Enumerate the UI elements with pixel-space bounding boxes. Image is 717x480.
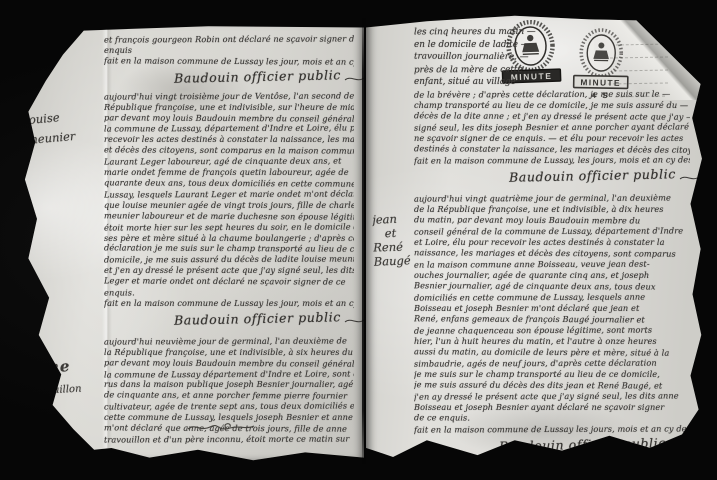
officer-signature: Baudouin officier public bbox=[509, 166, 676, 184]
manuscript-line: simbaudrie, agés de neuf jours, d'après … bbox=[414, 357, 690, 369]
manuscript-line: jean bbox=[372, 211, 409, 226]
manuscript-line: travouillon et d'un père inconnu, étoit … bbox=[104, 433, 354, 445]
manuscript-line: la commune de Lussay département d'Indre… bbox=[104, 368, 354, 380]
manuscript-line: signé seul, les dits joseph Besnier et a… bbox=[414, 121, 690, 133]
manuscript-line: je me suis assuré du décès des dits jean… bbox=[414, 379, 690, 391]
officer-signature: Baudouin officier public bbox=[174, 309, 341, 327]
manuscript-line: en le domicile de ladite — bbox=[414, 39, 574, 52]
manuscript-line: enquis. bbox=[104, 286, 354, 298]
manuscript-line: je me suis sur le champ transporté au li… bbox=[414, 369, 690, 380]
paraph-flourish bbox=[186, 420, 256, 434]
manuscript-line: aujourd'hui neuvième jour de germinal, l… bbox=[104, 335, 354, 347]
left-page-text-column: et françois gourgeon Robin ont déclaré n… bbox=[104, 34, 354, 445]
manuscript-line: j'en ay dressé le présent acte que j'ay … bbox=[414, 390, 690, 402]
scanned-register-spread: louisemeunier annetravouillon et françoi… bbox=[0, 0, 717, 480]
manuscript-line: René bbox=[373, 239, 410, 254]
margin-note-jean-rene-bauge: jeanetRenéBaugé bbox=[372, 211, 411, 268]
manuscript-line: ouches journalier, agée de quarante cinq… bbox=[414, 270, 690, 281]
manuscript-line: décès de la dite anne ; et j'en ay dress… bbox=[414, 110, 690, 122]
manuscript-line: travouillon bbox=[26, 378, 82, 404]
manuscript-line: conseil général de la commune de Lussay,… bbox=[414, 225, 690, 237]
folio-flourish bbox=[676, 20, 697, 36]
manuscript-line: fait en la maison commune de Lussay les … bbox=[414, 423, 690, 435]
manuscript-line: et j'en ay dressé le présent acte que j'… bbox=[104, 265, 354, 276]
manuscript-line: enquis bbox=[104, 45, 354, 56]
manuscript-line: champ transporté au lieu de ce domicile,… bbox=[414, 100, 690, 111]
signature-row: Baudouin officier public bbox=[414, 166, 690, 185]
manuscript-line: Besnier journalier, agé de cinquante deu… bbox=[414, 280, 690, 292]
right-page-text-column: les cinq heures du matin —en le domicile… bbox=[414, 26, 690, 454]
entry-louise-meunier-lines: aujourd'hui vingt troisième jour de Vent… bbox=[104, 91, 354, 309]
manuscript-line: fait en la maison commune de Lussay, les… bbox=[414, 154, 690, 166]
left-page: louisemeunier annetravouillon et françoi… bbox=[18, 24, 364, 462]
manuscript-line: Laurant Leger laboureur, agé de cinquant… bbox=[104, 156, 354, 168]
signature-flourish bbox=[679, 173, 717, 183]
page-gutter bbox=[362, 18, 366, 464]
signature-row: Baudouin officier public bbox=[104, 67, 354, 86]
manuscript-line: aujourd'hui vingt quatrième jour de germ… bbox=[414, 192, 690, 204]
manuscript-line: René, enfans gemeaux de françois Baugé j… bbox=[414, 313, 690, 325]
manuscript-line: du matin, par devant moy louis Baudouin … bbox=[414, 214, 690, 226]
manuscript-line: étoit morte hier sur les sept heures du … bbox=[104, 221, 354, 233]
manuscript-line: que louise meunier agée de vingt trois j… bbox=[104, 200, 354, 211]
entry-jean-rene-bauge-lines: aujourd'hui vingt quatrième jour de germ… bbox=[414, 193, 690, 435]
manuscript-line: les cinq heures du matin — bbox=[414, 26, 574, 39]
officer-signature: Baudouin officier public bbox=[499, 435, 666, 453]
manuscript-line: destinés à constater la naissance, les m… bbox=[414, 143, 690, 155]
entry-anne-continued-narrow-lines: les cinq heures du matin —en le domicile… bbox=[414, 26, 574, 89]
manuscript-line: domicile, je me suis assuré du décès de … bbox=[104, 254, 354, 266]
manuscript-line: près de la mère de cette bbox=[414, 63, 574, 76]
manuscript-line: fait en la maison commune de Lussay les … bbox=[104, 298, 354, 309]
manuscript-line: travouillon journalière, — bbox=[414, 51, 574, 64]
folio-number-text: trois bbox=[649, 23, 674, 37]
manuscript-line: Boisseau et joseph Besnier ayant déclaré… bbox=[414, 402, 690, 413]
manuscript-line: Boisseau et joseph Besnier m'ont déclaré… bbox=[414, 303, 690, 314]
folio-number-note: trois bbox=[649, 20, 697, 39]
manuscript-line: et françois gourgeon Robin ont déclaré n… bbox=[104, 33, 354, 45]
manuscript-line: cultivateur, agée de trente sept ans, to… bbox=[104, 401, 354, 413]
manuscript-line: aujourd'hui vingt troisième jour de Vent… bbox=[104, 90, 354, 102]
manuscript-line: et bbox=[373, 225, 410, 240]
officer-signature: Baudouin officier public bbox=[174, 67, 341, 85]
margin-note-anne-travouillon: annetravouillon bbox=[25, 355, 82, 404]
signature-row: Baudouin officier public bbox=[104, 309, 354, 328]
manuscript-line: Baugé bbox=[373, 253, 410, 268]
manuscript-line: meunier laboureur et de marie duchesne s… bbox=[104, 210, 354, 222]
right-page: trois MINUTE bbox=[366, 14, 704, 466]
manuscript-line: la République françoise, une et indivisi… bbox=[104, 347, 354, 358]
previous-entry-closing-lines: et françois gourgeon Robin ont déclaré n… bbox=[104, 34, 354, 67]
manuscript-line: de la brévère ; d'après cette déclaratio… bbox=[414, 88, 690, 100]
entry-anne-continued-lines: de la brévère ; d'après cette déclaratio… bbox=[414, 89, 690, 166]
manuscript-line: Lussay, lesquels Laurant Leger et marie … bbox=[104, 188, 354, 200]
manuscript-line: de la République françoise, une et indiv… bbox=[414, 204, 690, 215]
manuscript-line: en la maison commune anne Boisseau, veuv… bbox=[414, 258, 690, 270]
manuscript-line: de jeanne chaquenceau son épouse légitim… bbox=[414, 324, 690, 336]
manuscript-line: domiciliés en cette commune de Lussay, l… bbox=[414, 291, 690, 303]
manuscript-line: fait en la maison commune de Lussay les … bbox=[104, 55, 354, 67]
manuscript-line: hier, l'un à huit heures du matin, et l'… bbox=[414, 336, 690, 347]
margin-note-louise-meunier: louisemeunier bbox=[24, 106, 76, 150]
manuscript-line: aussi du matin, au domicile de leurs pèr… bbox=[414, 346, 690, 358]
manuscript-line: République françoise, une et indivisible… bbox=[104, 102, 354, 113]
manuscript-line: enfant, situé au village bbox=[414, 76, 574, 89]
manuscript-line: naissance, les mariages et décès des cit… bbox=[414, 247, 690, 259]
manuscript-line: marie ondet femme de françois quetin lab… bbox=[104, 167, 354, 178]
manuscript-line: la commune de Lussay, département d'Indr… bbox=[104, 123, 354, 135]
signature-row: Baudouin officier public bbox=[414, 435, 690, 454]
manuscript-line: et Loire, élu pour recevoir les actes de… bbox=[414, 237, 690, 248]
manuscript-line: anne bbox=[25, 354, 81, 380]
signature-flourish bbox=[669, 442, 713, 452]
manuscript-line: de ce enquis. bbox=[414, 412, 690, 424]
manuscript-line: par devant moy louis Baudouin membre du … bbox=[104, 357, 354, 369]
manuscript-line: ne sçavoir signer de ce enquis. — et élu… bbox=[414, 133, 690, 144]
